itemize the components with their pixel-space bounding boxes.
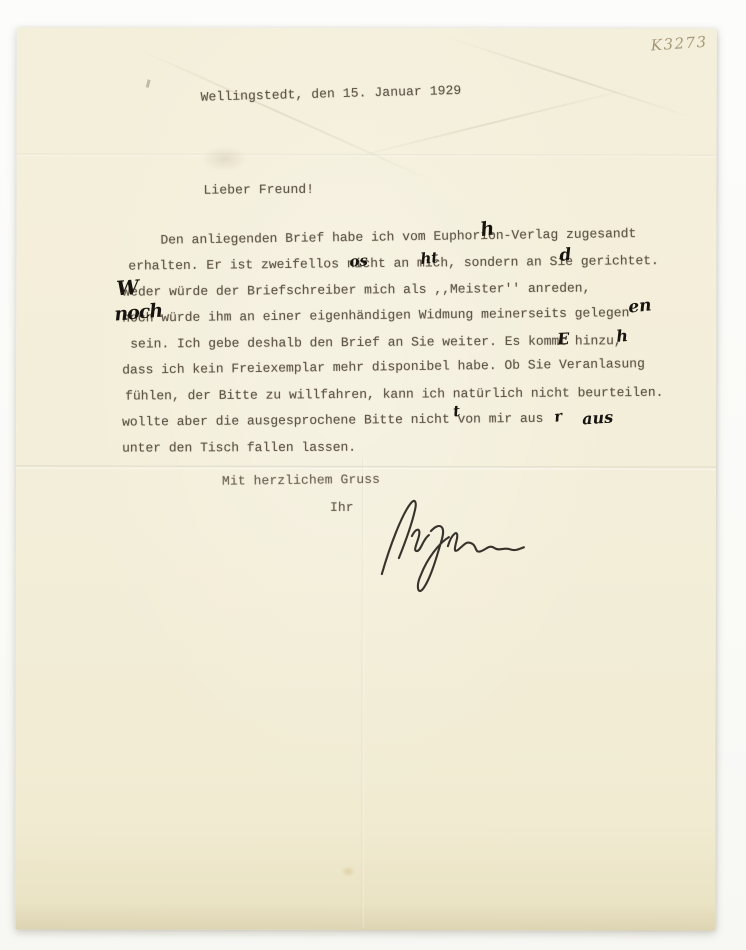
salutation: Lieber Freund! <box>203 182 314 198</box>
body-line: unter den Tisch fallen lassen. <box>122 434 716 462</box>
body-line: wollte aber die ausgesprochene Bitte nic… <box>122 404 716 435</box>
body-line: noch würde ihm an einer eigenhändigen Wi… <box>122 299 716 331</box>
pencil-tick-mark <box>146 79 151 87</box>
closing-greeting: Mit herzlichem Gruss <box>222 472 380 489</box>
archive-mark: K3273 <box>650 33 708 55</box>
paper-fold-crease-top <box>17 153 717 157</box>
signature-intro: Ihr <box>330 500 354 515</box>
scan-background: K3273 Wellingstedt, den 15. Januar 1929 … <box>0 0 746 950</box>
paper-fold-crease-middle <box>16 465 716 470</box>
letter-paper-sheet: K3273 Wellingstedt, den 15. Januar 1929 … <box>15 27 717 930</box>
paper-stain-spot <box>341 866 355 877</box>
dateline: Wellingstedt, den 15. Januar 1929 <box>200 83 461 105</box>
paper-wrinkle <box>136 48 438 185</box>
letter-body: Den anliegenden Brief habe ich vom Eupho… <box>16 227 716 462</box>
paper-smudge <box>202 146 248 172</box>
handwritten-signature <box>360 494 540 608</box>
